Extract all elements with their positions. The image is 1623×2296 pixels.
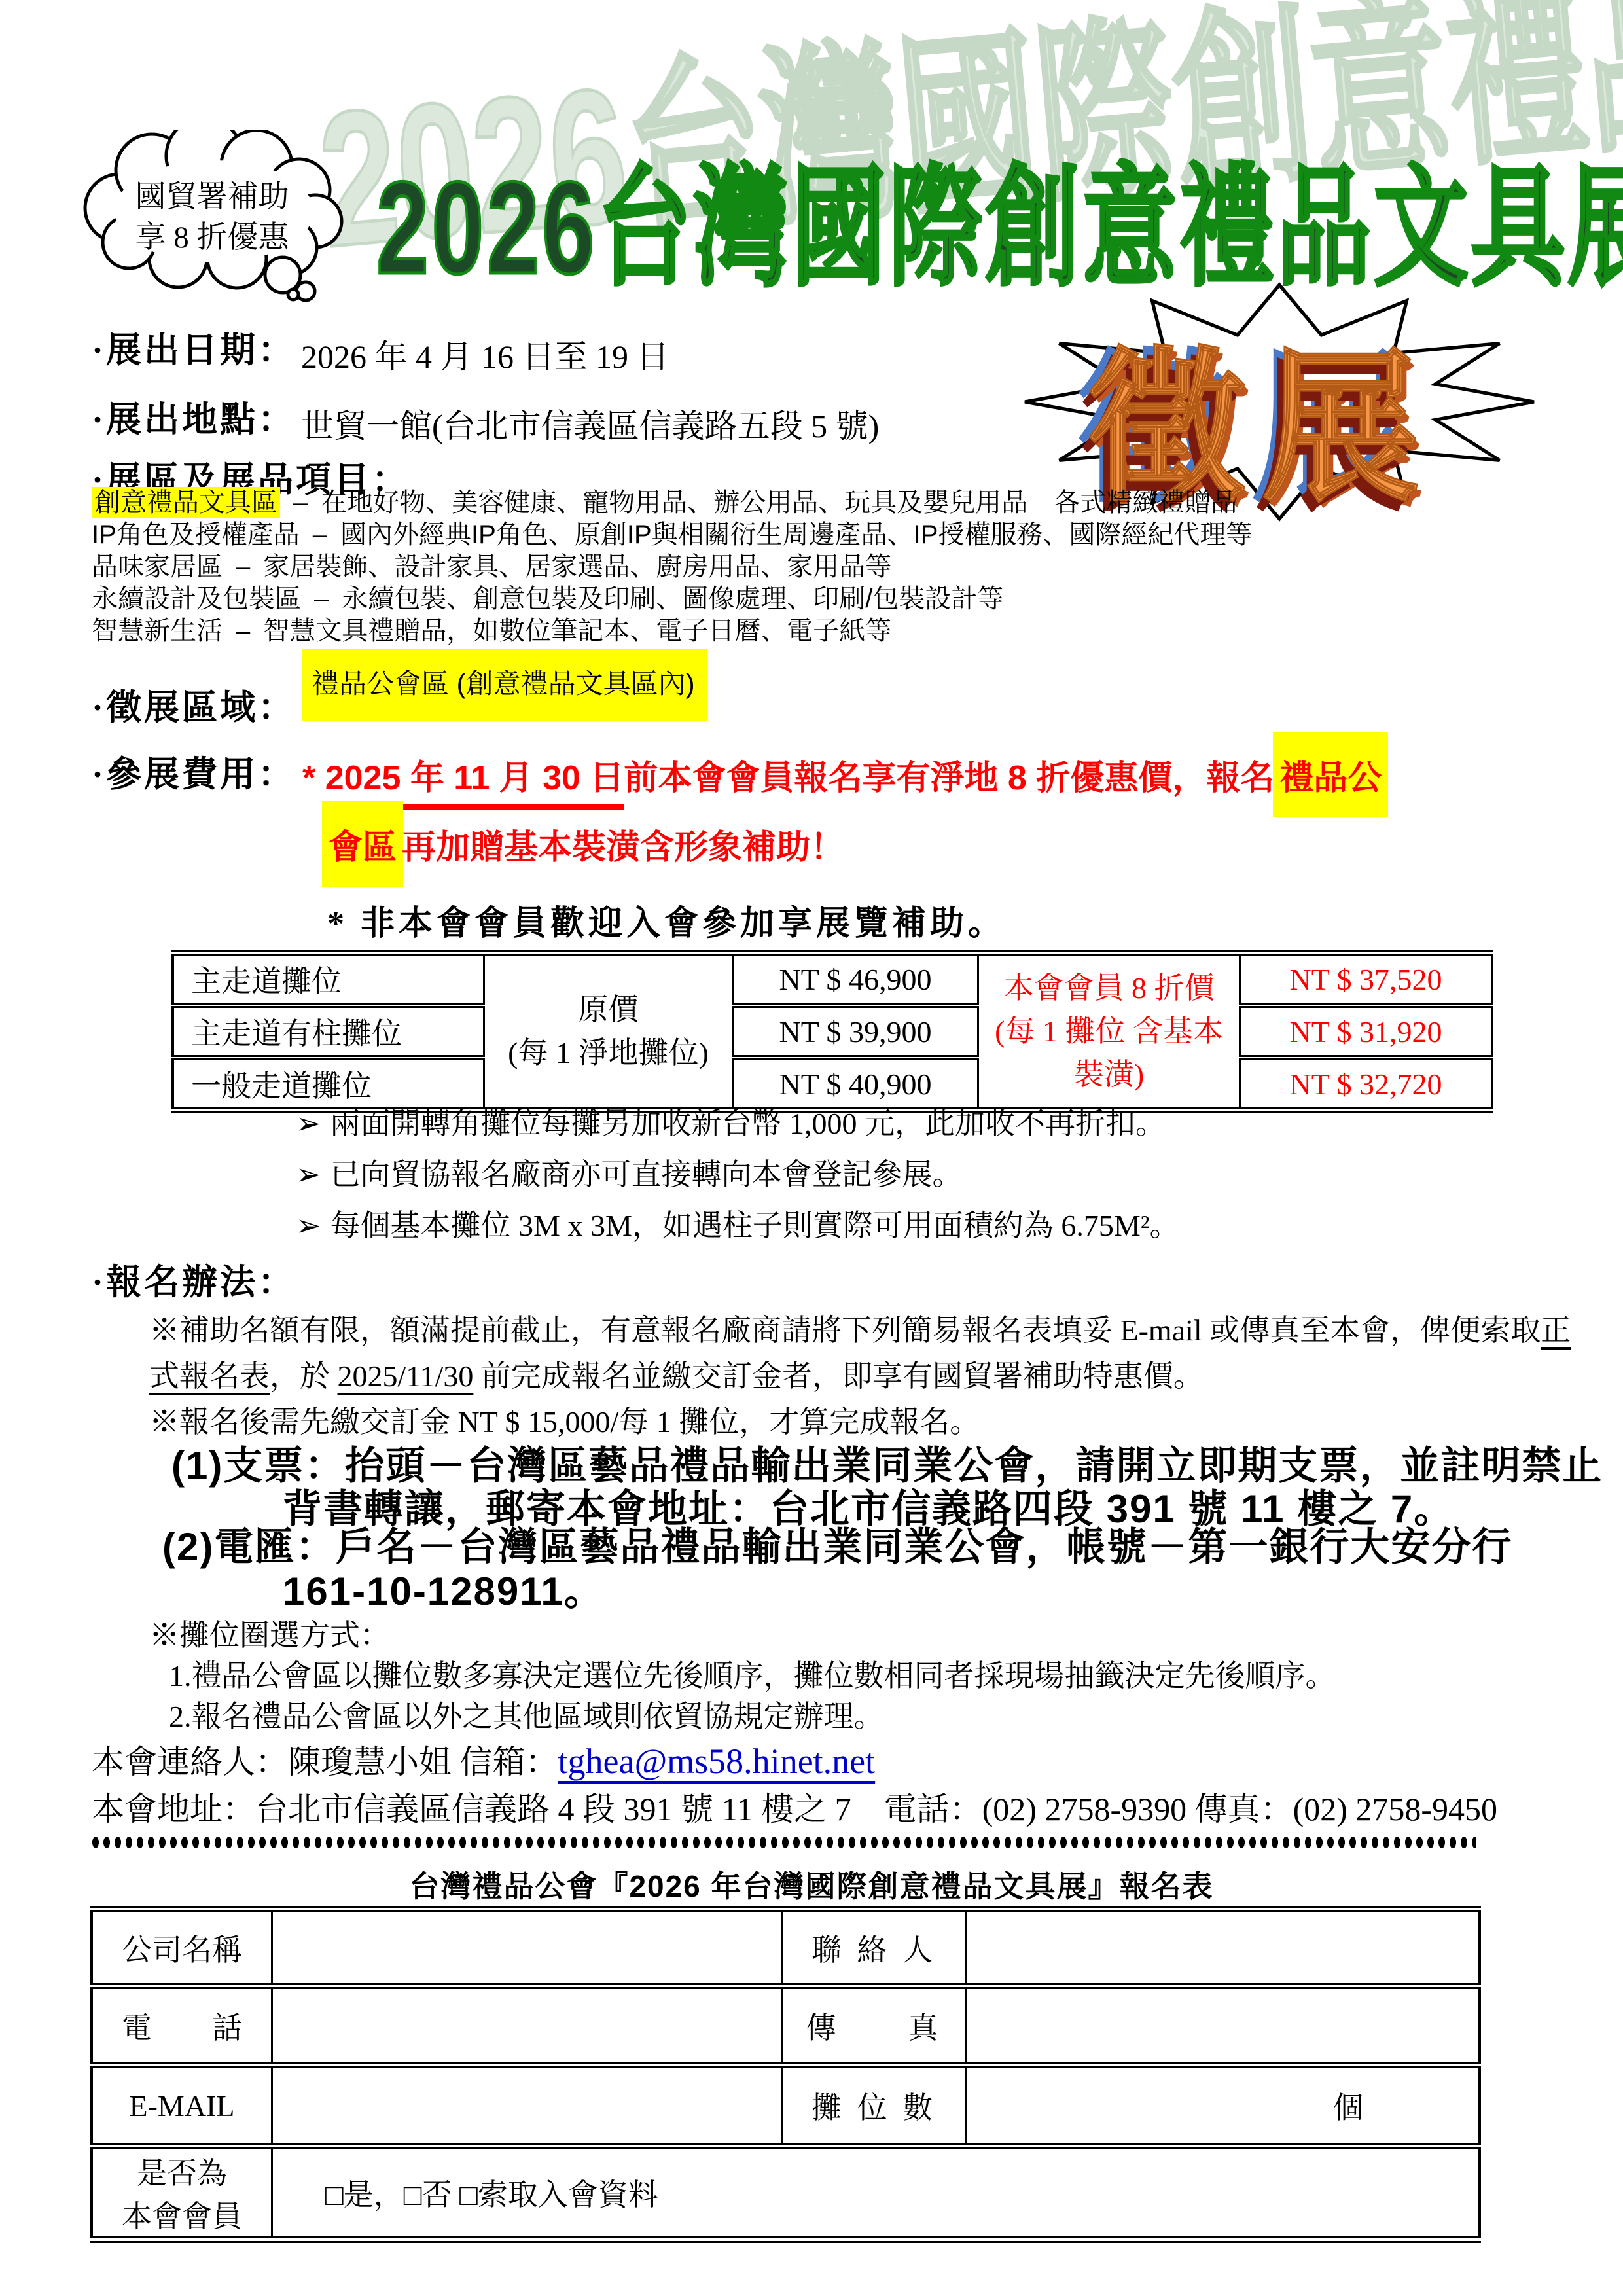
arrow-bullet-icon: ➢ bbox=[296, 1107, 330, 1140]
original-price: NT $ 46,900 bbox=[733, 953, 978, 1005]
reg-p1-text: ，於 bbox=[270, 1359, 338, 1393]
zone-name-highlighted: 創意禮品文具區 bbox=[92, 487, 280, 518]
company-input[interactable] bbox=[272, 1909, 783, 1986]
form-row-membership: 是否為 本會會員 □是，□否 □索取入會資料 bbox=[92, 2146, 1480, 2240]
email-input[interactable] bbox=[272, 2066, 783, 2146]
booth-type: 主走道有柱攤位 bbox=[173, 1005, 484, 1058]
note-text: 已向貿協報名廠商亦可直接轉向本會登記參展。 bbox=[330, 1158, 963, 1191]
zone-dash: – bbox=[280, 488, 321, 517]
company-label: 公司名稱 bbox=[92, 1909, 272, 1986]
membership-label: 是否為 本會會員 bbox=[92, 2146, 272, 2240]
zone-dash: – bbox=[301, 584, 342, 613]
registration-form-table: 公司名稱 聯 絡 人 電 話 傳 真 E-MAIL 攤 位 數 個 是否為 本會… bbox=[90, 1906, 1481, 2243]
contact-person-label: 聯 絡 人 bbox=[783, 1909, 966, 1986]
badge-line2: 享 8 折優惠 bbox=[135, 221, 291, 255]
membership-options[interactable]: □是，□否 □索取入會資料 bbox=[272, 2146, 1480, 2240]
arrow-bullet-icon: ➢ bbox=[296, 1209, 330, 1242]
member-price: NT $ 31,920 bbox=[1240, 1005, 1493, 1058]
phone-input[interactable] bbox=[272, 1986, 783, 2066]
form-row-phone: 電 話 傳 真 bbox=[92, 1986, 1480, 2066]
zone-item: 品味家居區–家居裝飾、設計家具、居家選品、廚房用品、家用品等 bbox=[92, 551, 1597, 583]
zone-dash: – bbox=[223, 617, 263, 645]
fee-line1: * 2025 年 11 月 30 日前本會會員報名享有淨地 8 折優惠價，報名禮… bbox=[302, 750, 1387, 799]
zone-item: 智慧新生活–智慧文具禮贈品，如數位筆記本、電子日曆、電子紙等 bbox=[92, 615, 1597, 647]
fee-line2-text: 再加贈基本裝潢含形象補助！ bbox=[402, 829, 844, 867]
member-price: NT $ 32,720 bbox=[1240, 1058, 1493, 1110]
email-label: E-MAIL bbox=[92, 2066, 272, 2146]
booth-unit: 個 bbox=[967, 2084, 1478, 2127]
booth-type: 主走道攤位 bbox=[173, 953, 484, 1005]
zone-desc: 家居裝飾、設計家具、居家選品、廚房用品、家用品等 bbox=[263, 552, 891, 581]
fee-label: ·參展費用： bbox=[92, 746, 296, 797]
fax-input[interactable] bbox=[966, 1986, 1480, 2066]
fax-label: 傳 真 bbox=[783, 1986, 966, 2066]
reg-p1-text: 前完成報名並繳交訂金者，即享有國貿署補助特惠價。 bbox=[473, 1359, 1204, 1393]
payment-wire-line2: 161-10-128911。 bbox=[283, 1560, 605, 1617]
date-label: ·展出日期： bbox=[92, 322, 296, 372]
reg-p1-underline2: 2025/11/30 bbox=[338, 1359, 474, 1393]
recruit-zone-value: 禮品公會區 (創意禮品文具區內) bbox=[302, 649, 707, 721]
contact-label: 本會連絡人：陳瓊慧小姐 信箱： bbox=[92, 1744, 558, 1780]
note-item: ➢每個基本攤位 3M x 3M，如遇柱子則實際可用面積約為 6.75M²。 bbox=[296, 1200, 1180, 1251]
zone-desc: 在地好物、美容健康、寵物用品、辦公用品、玩具及嬰兒用品 各式精緻禮贈品 bbox=[321, 488, 1237, 517]
fee-line1-text: 前本會會員報名享有淨地 8 折優惠價，報名 bbox=[624, 759, 1274, 797]
original-price-header-line1: 原價 bbox=[486, 988, 731, 1031]
zone-desc: 國內外經典IP角色、原創IP與相關衍生周邊產品、IP授權服務、國際經紀代理等 bbox=[340, 520, 1252, 549]
flyer-page: 2026台灣國際創意禮品文具展 徵展 2026台灣國際創意禮品文具展 國貿署補助… bbox=[0, 0, 1623, 2296]
zone-name: 永續設計及包裝區 bbox=[92, 584, 301, 613]
booth-selection-rule1: 1.禮品公會區以攤位數多寡決定選位先後順序，攤位數相同者採現場抽籤決定先後順序。 bbox=[169, 1653, 1336, 1699]
reg-p1-text: ※補助名額有限，額滿提前截止，有意報名廠商請將下列簡易報名表填妥 E-mail … bbox=[149, 1314, 1541, 1347]
form-row-email: E-MAIL 攤 位 數 個 bbox=[92, 2066, 1480, 2146]
page-title: 2026台灣國際創意禮品文具展 bbox=[376, 123, 1623, 311]
note-text: 每個基本攤位 3M x 3M，如遇柱子則實際可用面積約為 6.75M²。 bbox=[330, 1209, 1180, 1242]
original-price-header: 原價 (每 1 淨地攤位) bbox=[484, 953, 733, 1110]
price-table: 主走道攤位 原價 (每 1 淨地攤位) NT $ 46,900 本會會員 8 折… bbox=[171, 950, 1493, 1113]
price-row: 主走道攤位 原價 (每 1 淨地攤位) NT $ 46,900 本會會員 8 折… bbox=[173, 953, 1492, 1005]
note-list: ➢兩面開轉角攤位每攤另加收新台幣 1,000 元，此加收不再折扣。 ➢已向貿協報… bbox=[296, 1098, 1180, 1251]
date-value: 2026 年 4 月 16 日至 19 日 bbox=[301, 331, 669, 378]
form-row-company: 公司名稱 聯 絡 人 bbox=[92, 1909, 1480, 1986]
zone-desc: 智慧文具禮贈品，如數位筆記本、電子日曆、電子紙等 bbox=[263, 617, 891, 645]
membership-label-line2: 本會會員 bbox=[94, 2193, 270, 2236]
original-price-header-line2: (每 1 淨地攤位) bbox=[486, 1031, 731, 1075]
member-price: NT $ 37,520 bbox=[1240, 953, 1493, 1005]
subsidy-cloud-badge: 國貿署補助 享 8 折優惠 bbox=[73, 130, 348, 306]
fee-highlight-2: 會區 bbox=[322, 801, 403, 887]
registration-paragraph1: ※補助名額有限，額滿提前截止，有意報名廠商請將下列簡易報名表填妥 E-mail … bbox=[149, 1308, 1579, 1399]
booth-selection-rule2: 2.報名禮品公會區以外之其他區域則依貿協規定辦理。 bbox=[169, 1694, 884, 1740]
price-row: 主走道有柱攤位 NT $ 39,900 NT $ 31,920 bbox=[173, 1005, 1492, 1058]
zone-item: 創意禮品文具區–在地好物、美容健康、寵物用品、辦公用品、玩具及嬰兒用品 各式精緻… bbox=[92, 487, 1597, 519]
booth-count-input[interactable]: 個 bbox=[966, 2066, 1480, 2146]
recruit-zone-value-wrap: 禮品公會區 (創意禮品文具區內) bbox=[302, 662, 707, 702]
fee-line2: 會區再加贈基本裝潢含形象補助！ bbox=[323, 819, 844, 869]
zone-item: 永續設計及包裝區–永續包裝、創意包裝及印刷、圖像處理、印刷/包裝設計等 bbox=[92, 583, 1597, 615]
note-item: ➢已向貿協報名廠商亦可直接轉向本會登記參展。 bbox=[296, 1149, 1180, 1200]
badge-line1: 國貿署補助 bbox=[135, 180, 289, 214]
zone-list: 創意禮品文具區–在地好物、美容健康、寵物用品、辦公用品、玩具及嬰兒用品 各式精緻… bbox=[92, 487, 1597, 647]
member-price-header: 本會會員 8 折價 (每 1 攤位 含基本裝潢) bbox=[978, 953, 1240, 1110]
dotted-cut-line bbox=[90, 1837, 1476, 1848]
contact-email-link[interactable]: tghea@ms58.hinet.net bbox=[558, 1742, 876, 1781]
note-item: ➢兩面開轉角攤位每攤另加收新台幣 1,000 元，此加收不再折扣。 bbox=[296, 1098, 1180, 1149]
venue-value: 世貿一館(台北市信義區信義路五段 5 號) bbox=[301, 400, 879, 447]
zone-dash: – bbox=[300, 520, 340, 549]
fee-star: * bbox=[302, 759, 325, 797]
contact-person-input[interactable] bbox=[966, 1909, 1480, 1986]
registration-heading: ·報名辦法： bbox=[92, 1254, 296, 1304]
contact-line: 本會連絡人：陳瓊慧小姐 信箱：tghea@ms58.hinet.net bbox=[92, 1736, 875, 1783]
note-text: 兩面開轉角攤位每攤另加收新台幣 1,000 元，此加收不再折扣。 bbox=[330, 1107, 1166, 1140]
zone-name: 品味家居區 bbox=[92, 552, 223, 581]
zone-desc: 永續包裝、創意包裝及印刷、圖像處理、印刷/包裝設計等 bbox=[342, 584, 1003, 613]
original-price: NT $ 39,900 bbox=[733, 1005, 978, 1058]
zone-dash: – bbox=[223, 552, 263, 581]
zone-name: IP角色及授權產品 bbox=[92, 520, 300, 549]
venue-label: ·展出地點： bbox=[92, 391, 296, 442]
phone-label: 電 話 bbox=[92, 1986, 272, 2066]
membership-label-line1: 是否為 bbox=[94, 2149, 270, 2193]
booth-count-label: 攤 位 數 bbox=[783, 2066, 966, 2146]
nonmember-note: * 非本會會員歡迎入會參加享展覽補助。 bbox=[327, 895, 1006, 944]
zone-item: IP角色及授權產品–國內外經典IP角色、原創IP與相關衍生周邊產品、IP授權服務… bbox=[92, 519, 1597, 551]
form-title: 台灣禮品公會『2026 年台灣國際創意禮品文具展』報名表 bbox=[0, 1863, 1623, 1906]
booth-selection-heading: ※攤位圈選方式： bbox=[149, 1613, 390, 1659]
zone-name: 智慧新生活 bbox=[92, 617, 223, 645]
arrow-bullet-icon: ➢ bbox=[296, 1158, 330, 1191]
recruit-zone-label: ·徵展區域： bbox=[92, 679, 296, 730]
association-address: 本會地址：台北市信義區信義路 4 段 391 號 11 樓之 7 電話：(02)… bbox=[92, 1783, 1497, 1830]
fee-highlight-1: 禮品公 bbox=[1273, 732, 1388, 817]
